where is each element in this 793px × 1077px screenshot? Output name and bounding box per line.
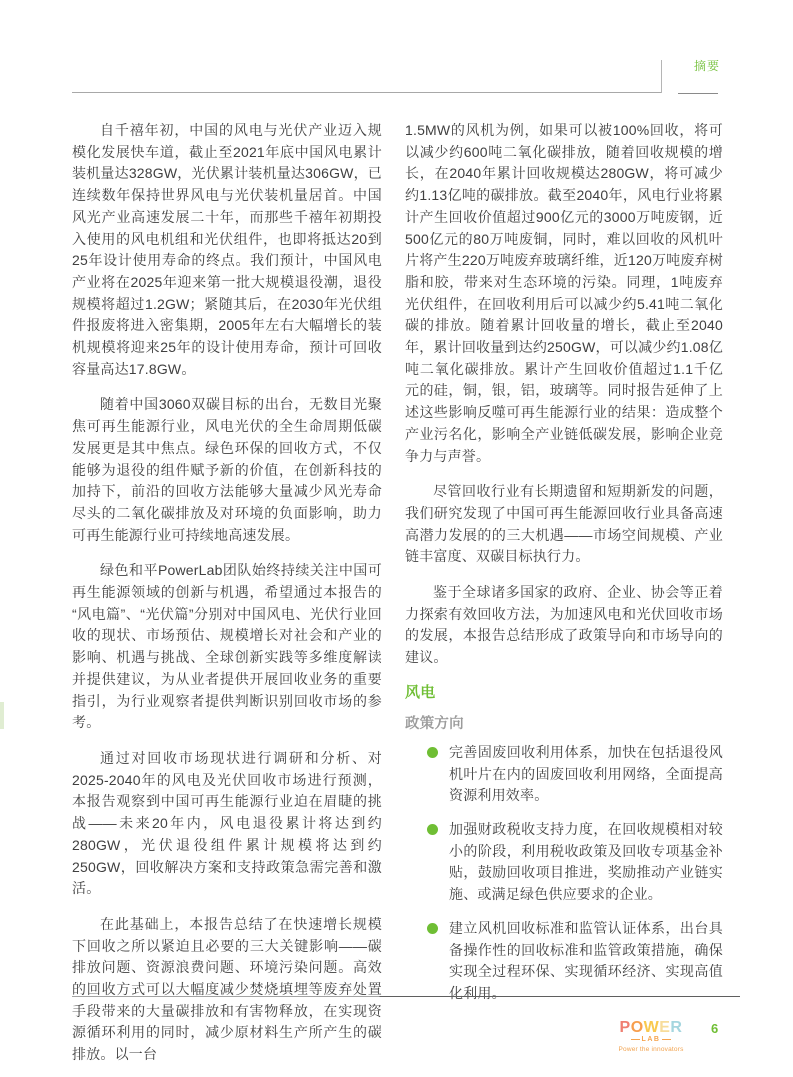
bullet-dot-icon bbox=[427, 747, 438, 758]
header-label-underline bbox=[678, 93, 718, 94]
powerlab-logo: POWER LAB Power the innovators bbox=[616, 1020, 686, 1054]
logo-dash-right bbox=[662, 1039, 671, 1040]
page-number: 6 bbox=[711, 1021, 718, 1036]
bullet-text: 完善固废回收利用体系，加快在包括退役风机叶片在内的固废回收利用网络，全面提高资源… bbox=[449, 742, 723, 807]
list-item: 完善固废回收利用体系，加快在包括退役风机叶片在内的固废回收利用网络，全面提高资源… bbox=[405, 742, 723, 807]
logo-letter: E bbox=[659, 1019, 670, 1036]
logo-lab-line: LAB bbox=[616, 1036, 686, 1044]
paragraph-continuation: 1.5MW的风机为例，如果可以被100%回收，将可以减少约600吨二氧化碳排放，… bbox=[405, 120, 723, 467]
paragraph: 绿色和平PowerLab团队始终持续关注中国可再生能源领域的创新与机遇，希望通过… bbox=[72, 560, 382, 734]
list-item: 加强财政税收支持力度，在回收规模相对较小的阶段，利用税收政策及回收专项基金补贴，… bbox=[405, 819, 723, 906]
bullet-dot-icon bbox=[427, 824, 438, 835]
report-page: 摘要 自千禧年初，中国的风电与光伏产业迈入规模化发展快车道，截止至2021年底中… bbox=[0, 0, 793, 1077]
policy-direction-subheading: 政策方向 bbox=[405, 714, 723, 734]
header-corner-tick bbox=[661, 60, 662, 93]
powerlab-logo-wordmark: POWER bbox=[616, 1020, 686, 1035]
footer-rule bbox=[72, 996, 740, 997]
logo-letter: P bbox=[620, 1019, 631, 1036]
bullet-text: 建立风机回收标准和监管认证体系，出台具备操作性的回收标准和监管政策措施，确保实现… bbox=[449, 918, 723, 1005]
logo-lab-text: LAB bbox=[642, 1036, 661, 1043]
paragraph: 在此基础上，本报告总结了在快速增长规模下回收之所以紧迫且必要的三大关键影响——碳… bbox=[72, 914, 382, 1066]
left-text-column: 自千禧年初，中国的风电与光伏产业迈入规模化发展快车道，截止至2021年底中国风电… bbox=[72, 120, 382, 1077]
logo-dash-left bbox=[631, 1039, 640, 1040]
header-rule bbox=[72, 92, 661, 93]
right-text-column: 1.5MW的风机为例，如果可以被100%回收，将可以减少约600吨二氧化碳排放，… bbox=[405, 120, 723, 1017]
paragraph: 鉴于全球诸多国家的政府、企业、协会等正着力探索有效回收方法，为加速风电和光伏回收… bbox=[405, 582, 723, 669]
paragraph: 随着中国3060双碳目标的出台，无数目光聚焦可再生能源行业，风电光伏的全生命周期… bbox=[72, 394, 382, 546]
bullet-dot-icon bbox=[427, 923, 438, 934]
paragraph: 尽管回收行业有长期遗留和短期新发的问题，我们研究发现了中国可再生能源回收行业具备… bbox=[405, 481, 723, 568]
bullet-text: 加强财政税收支持力度，在回收规模相对较小的阶段，利用税收政策及回收专项基金补贴，… bbox=[449, 819, 723, 906]
edge-bookmark-tab bbox=[0, 702, 4, 729]
wind-section-heading: 风电 bbox=[405, 683, 723, 703]
list-item: 建立风机回收标准和监管认证体系，出台具备操作性的回收标准和监管政策措施，确保实现… bbox=[405, 918, 723, 1005]
logo-letter: R bbox=[670, 1019, 682, 1036]
page-section-label: 摘要 bbox=[694, 57, 720, 74]
logo-tagline: Power the innovators bbox=[616, 1046, 686, 1054]
logo-letter: W bbox=[644, 1019, 660, 1036]
policy-bullet-list: 完善固废回收利用体系，加快在包括退役风机叶片在内的固废回收利用网络，全面提高资源… bbox=[405, 742, 723, 1005]
paragraph: 通过对回收市场现状进行调研和分析、对2025-2040年的风电及光伏回收市场进行… bbox=[72, 748, 382, 900]
paragraph: 自千禧年初，中国的风电与光伏产业迈入规模化发展快车道，截止至2021年底中国风电… bbox=[72, 120, 382, 380]
logo-letter: O bbox=[631, 1019, 644, 1036]
